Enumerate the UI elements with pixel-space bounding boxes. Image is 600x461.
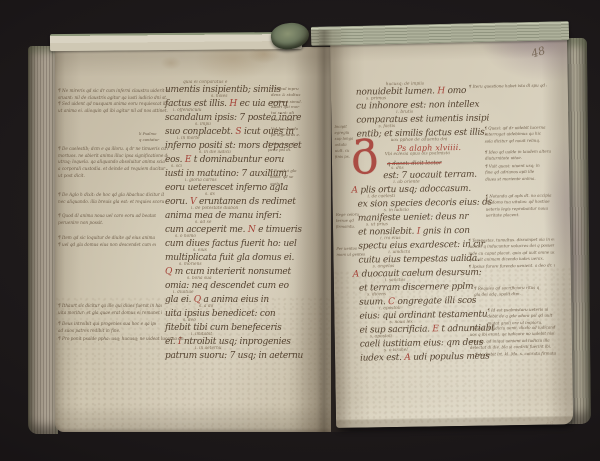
gloss-line: firmamtu. — [336, 224, 365, 231]
manuscript-line: fitebit tibi cum benefeceriss. deo — [165, 319, 325, 333]
margin-gloss-block: ¶ Pro ponit psalde ppha: usq; hucusq; ne… — [58, 336, 184, 343]
manuscript-line: eoru. V eruntamen ds redimets. ds — [165, 193, 325, 207]
gloss-line: mortuos. ne abierit anima illuc ipsa sig… — [58, 153, 168, 160]
margin-gloss-block: ¶ Item qd sic loquitur de diuite qd eius… — [58, 235, 156, 248]
gloss-line: ¶ De Aglo h dixit: de hoc qd gla Abachuc… — [58, 192, 164, 199]
interlinear-gloss: s. bona sua — [187, 276, 212, 281]
faint-corner-mark: 48 — [545, 420, 555, 428]
manuscript-photo: umentis insipientib; similisquia ei conp… — [0, 0, 600, 461]
red-initial-letter: I — [417, 226, 420, 236]
interlinear-gloss: s. in iudicio — [384, 208, 409, 213]
margin-gloss-block: Per uentosmors ul gentes. — [336, 245, 365, 258]
psalm-text-line: eoru. V eruntamen ds redimet — [165, 197, 296, 207]
psalm-text-line: gla ei. Q a anima eius in — [165, 295, 269, 305]
psalm-text-line: umentis insipientib; similis — [165, 85, 281, 95]
gloss-line: peruenire non possit. — [58, 220, 156, 227]
interlinear-gloss: i. ira eius — [380, 236, 400, 241]
margin-gloss-block: ¶ Quod dl anima noua uel caro eoru ad be… — [58, 213, 156, 226]
interlinear-gloss: s. angelos — [373, 264, 395, 269]
psalm-text-line: omia: neq descendet cum eo — [165, 281, 289, 291]
psalm-text-line: patrum suoru: 7 usq; in aeternu — [165, 351, 303, 361]
psalm-text-line: cum acceperit me. N e timueris — [165, 225, 302, 235]
interlinear-gloss: s. eius — [193, 248, 207, 253]
manuscript-line: cum diues factus fuerit ho: uels. o homo — [165, 235, 325, 249]
interlinear-gloss: s. apostoli — [370, 334, 392, 339]
psalm-text-line: Q m cum interierit nonsumet — [165, 267, 291, 277]
interlinear-gloss: s. dns — [391, 166, 404, 171]
margin-gloss-block: ¶ Ideo qd ualde in laudem alteradiuturni… — [485, 148, 557, 162]
margin-gloss-block: ¶ Vult quasi: uiuent usq; infine qd adri… — [485, 162, 557, 182]
margin-gloss-block: ¶ Requies qd sacrificioru ritus qgla dei… — [474, 285, 554, 299]
gloss-line: uita moritur: et gla quae erat domus ei … — [58, 310, 162, 317]
red-initial-letter: Q — [194, 295, 201, 305]
gloss-line: a corporali custodia. et deinde ad requi… — [58, 166, 168, 173]
left-page-edge-stack — [28, 46, 58, 434]
psalm-text-line: multiplicata fuit gla domus ei. — [165, 253, 294, 263]
margin-gloss-block: ¶ Abachuc glepede psl di. — [268, 141, 328, 154]
gloss-line: ¶ Ipsius furore furendo uenient. a deo d… — [469, 262, 555, 270]
margin-gloss-block: li Psalmoq cantatur — [139, 131, 175, 143]
interlinear-gloss: i. de caelesti — [367, 194, 395, 199]
margin-gloss-block: ¶ De caelestib; dcm e qa illoru. q dr ne… — [58, 146, 168, 180]
interlinear-gloss: i. in morte — [177, 136, 200, 141]
gloss-line: quitur. — [270, 181, 328, 187]
left-manuscript-page: umentis insipientib; similisquia ei conp… — [55, 47, 331, 432]
red-initial-letter: Q — [165, 267, 172, 277]
margin-gloss-block: Vel hoc modops legendus e. — [271, 126, 329, 139]
red-initial-letter: N — [248, 225, 256, 235]
gloss-line: ueritate placent. — [486, 212, 560, 220]
right-manuscript-page: 48 δ nonuidebit lumen. H omohucusq; de i… — [330, 32, 573, 428]
interlinear-gloss: quia ei conparatus e — [183, 80, 227, 85]
gloss-line: ¶ Quod dl anima noua uel caro eoru ad be… — [58, 213, 156, 220]
gloss-line: ps legendus e. — [271, 132, 329, 138]
red-initial-letter: S — [235, 127, 241, 137]
gloss-line: ¶ Ithaurt sic dicitur qa ille qui diues … — [58, 303, 162, 310]
margin-gloss-block: ¶ Audiebit lrt. kl. Ma. s. conrata firma… — [475, 350, 557, 358]
interlinear-gloss: s. o homo — [175, 234, 196, 239]
gloss-line: ut anima ei. alioquin qd ibi agitur nil … — [58, 108, 170, 115]
gloss-line: ¶ Iteru questione habet ista dl spu qd a… — [469, 83, 547, 91]
gloss-line: diuturnitate uitae. — [485, 155, 557, 163]
gloss-line: sola dicitur qd nouit relinq. — [485, 137, 559, 145]
margin-gloss-block: Auari qui mortui sunt: alienis diuitiis. — [271, 104, 331, 123]
interlinear-gloss: i. de potestate diaboli — [191, 206, 238, 211]
interlinear-gloss: s. o israhel — [384, 348, 408, 353]
interlinear-gloss: s. primus — [366, 96, 386, 101]
interlinear-gloss: hucusq; de impiis — [386, 82, 424, 88]
gloss-line: ¶ De caelestib; dcm e qa illoru. q dr ne… — [58, 146, 168, 153]
interlinear-gloss: i. sanctos — [385, 278, 406, 283]
gloss-line: ut post dicit. — [58, 173, 168, 180]
gloss-line: ¶ Pro ponit psalde ppha: usq; hucusq; ne… — [58, 336, 184, 343]
margin-gloss-block: ¶ Ne mireris qd sic dr cum inferni claus… — [58, 88, 170, 115]
red-initial-letter: V — [190, 197, 196, 207]
interlinear-gloss: uox pphae de aduentu dni — [391, 137, 448, 143]
margin-gloss-block: ¶ Quasi: qd dr uidebit lucernainterrogat… — [484, 124, 558, 144]
red-initial-letter: H — [229, 99, 237, 109]
manuscript-line: multiplicata fuit gla domus ei.s. eius — [165, 249, 325, 263]
gloss-line: sruant: nil de claustris agitur qa iusti… — [58, 95, 170, 102]
red-initial-letter: E — [432, 324, 438, 334]
gloss-line: mors ul gentes. — [336, 252, 365, 259]
margin-gloss-block: ¶ De Aglo h dixit: de hoc qd gla Abachuc… — [58, 192, 164, 205]
interlinear-gloss: s. deo — [183, 318, 196, 323]
manuscript-line: omia: neq descendet cum eos. bona sua — [165, 277, 325, 291]
interlinear-gloss: s. noua lex — [389, 320, 412, 325]
psalm-text-line: eos. E t dominabuntur eoru — [165, 155, 284, 165]
manuscript-line: gla ei. Q a anima eius ini. diuitiae — [165, 291, 325, 305]
manuscript-line: uita ipsius benedicet: cons. a do — [165, 305, 325, 319]
manuscript-line: Q m cum interierit nonsumets. moriens — [165, 263, 325, 277]
manuscript-line: anima mea de manu inferi:i. de potestate… — [165, 207, 325, 221]
interlinear-gloss: i. brutis — [396, 110, 413, 115]
psalm-text-line: factus est illis. H ec uia eoru — [165, 99, 288, 109]
red-initial-letter: H — [437, 86, 445, 96]
margin-gloss-block: ¶ Deus introibit qui progenies sua hoc e… — [58, 321, 156, 334]
interlinear-gloss: s. ds — [205, 192, 215, 197]
interlinear-gloss: s. impii — [195, 122, 211, 127]
interlinear-gloss: s. ad se — [195, 220, 211, 225]
interlinear-gloss: s. moriens — [179, 262, 202, 267]
gloss-line: ¶ Audiebit lrt. kl. Ma. s. conrata firma… — [475, 350, 557, 358]
psalm-text-line: uita ipsius benedicet: con — [165, 309, 275, 319]
manuscript-line: cum acceperit me. N e timueriss. ad se — [165, 221, 325, 235]
interlinear-gloss: s. sci — [171, 164, 182, 169]
red-initial-letter: A — [353, 269, 359, 279]
gloss-line: diues st moriente anima. — [485, 175, 557, 183]
margin-gloss-block: ¶ Simul inprudens & stultusperibunt simu… — [271, 86, 331, 105]
gloss-line: utraq; loquela. qa aliquando absoluitur … — [58, 159, 168, 166]
folio-number: 48 — [530, 44, 547, 61]
margin-gloss-block: ¶ Roma in iudiciu uenit. dicdo ad iudica… — [470, 324, 556, 351]
red-initial-letter: E — [185, 155, 191, 165]
gloss-line: gla dei adq. spalit dtm. — [474, 291, 554, 299]
margin-gloss-block: ¶ Ithaurt sic dicitur qa ille qui diues … — [58, 303, 162, 316]
gloss-line: ¶ Deus introibit qui progenies sua hoc e… — [58, 321, 156, 328]
margin-gloss-block: ¶ Notandu qd apls dt. no accipiade domo … — [485, 192, 559, 219]
gloss-line: ¶ uel qd gla domus eius non descendet cu… — [58, 242, 156, 249]
interlinear-gloss: i. uindicta — [388, 250, 410, 255]
gloss-line: enis diuitiis. — [271, 117, 331, 123]
interlinear-gloss: s. a do — [199, 304, 213, 309]
interlinear-gloss: i. imitabit — [191, 332, 212, 337]
psalm-text-line: iusti in matutino: 7 auxilium — [165, 169, 287, 179]
interlinear-gloss: i. gloria carnis — [185, 178, 217, 183]
red-initial-letter: A — [404, 352, 410, 362]
red-initial-letter: A — [351, 185, 357, 195]
margin-gloss-block: Rege celoruterrae qdfirmamtu. — [336, 211, 365, 230]
gloss-line: ¶ Ne mireris qd sic dr cum inferni claus… — [58, 88, 170, 95]
interlinear-gloss: i. in aeternu — [195, 346, 222, 351]
psalm-text-line: anima mea de manu inferi: — [165, 211, 282, 221]
gloss-line: ¶ Item qd sic loquitur de diuite qd eius… — [58, 235, 156, 242]
margin-gloss-block: ¶ Tempestas. tumultus. disrumpet oia in … — [468, 237, 554, 270]
gloss-line: ¶ Sed uident qd nusquam anima eoru requi… — [58, 101, 170, 108]
interlinear-gloss: s. hoies — [211, 94, 227, 99]
interlinear-gloss: s. factis — [378, 124, 395, 129]
left-page-top-edge — [50, 32, 302, 51]
manuscript-line: ei. I ntroibit usq; inprogeniesi. imitab… — [165, 333, 325, 347]
margin-gloss-block: ¶ Iteru questione habet ista dl spu qd a… — [469, 83, 547, 91]
manuscript-line: patrum suoru: 7 usq; in aeternui. in aet… — [165, 347, 325, 361]
interlinear-gloss: i. diuitiae — [173, 290, 194, 295]
gloss-line: q cantatur — [139, 137, 175, 143]
red-initial-D: δ — [351, 134, 379, 180]
gloss-line: pede psl di. — [268, 147, 328, 153]
psalm-text-line: fitebit tibi cum benefeceris — [165, 323, 282, 333]
gloss-line: nec aliquando. illa breuis gla est: et r… — [58, 199, 164, 206]
psalm-text-line: cum diues factus fuerit ho: uel — [165, 239, 297, 249]
psalm-text-line: iudex est. A udi populus meus — [360, 351, 490, 363]
interlinear-gloss: Vbi eclesia opus ois psalmista — [385, 151, 450, 157]
interlinear-gloss: i. ab oriente — [393, 180, 419, 185]
interlinear-gloss: s. dicens — [367, 292, 386, 297]
gloss-line: ad suos patres redibit in fine. — [58, 328, 156, 335]
interlinear-gloss: i. apostoli — [379, 306, 400, 311]
interlinear-gloss: i. offendiculu — [173, 108, 202, 113]
margin-gloss-block: ¶ Residui globono: qd sequitur. — [270, 168, 328, 187]
interlinear-gloss: s. in die iudicii — [199, 150, 231, 155]
interlinear-gloss: s. ut prius — [366, 222, 388, 227]
